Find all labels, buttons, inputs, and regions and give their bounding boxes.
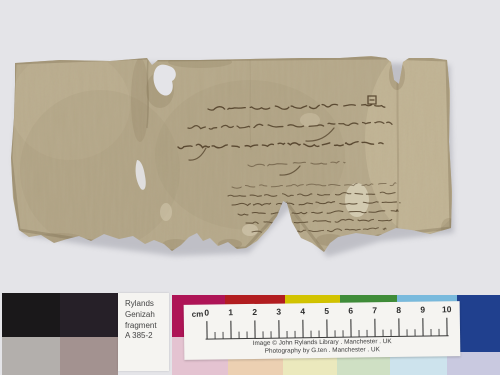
- grayscale-patch: [2, 293, 60, 337]
- catalog-label-line: fragment: [125, 321, 169, 332]
- grayscale-patch: [2, 337, 60, 375]
- catalog-label: Rylands Genizah fragment A 385-2: [118, 293, 169, 371]
- catalog-label-line: Rylands: [125, 299, 169, 310]
- photograph-stage: Rylands Genizah fragment A 385-2 cm 0123…: [0, 0, 500, 375]
- color-patch-pastel-corner: [172, 337, 185, 352]
- color-patch-saturated: [457, 295, 500, 352]
- catalog-label-shelfmark: A 385-2: [125, 331, 169, 342]
- catalog-label-line: Genizah: [125, 310, 169, 321]
- grayscale-patch: [60, 293, 118, 337]
- grayscale-patch: [60, 337, 118, 375]
- ruler-card: cm 012345678910 Image © John Rylands Lib…: [184, 301, 461, 360]
